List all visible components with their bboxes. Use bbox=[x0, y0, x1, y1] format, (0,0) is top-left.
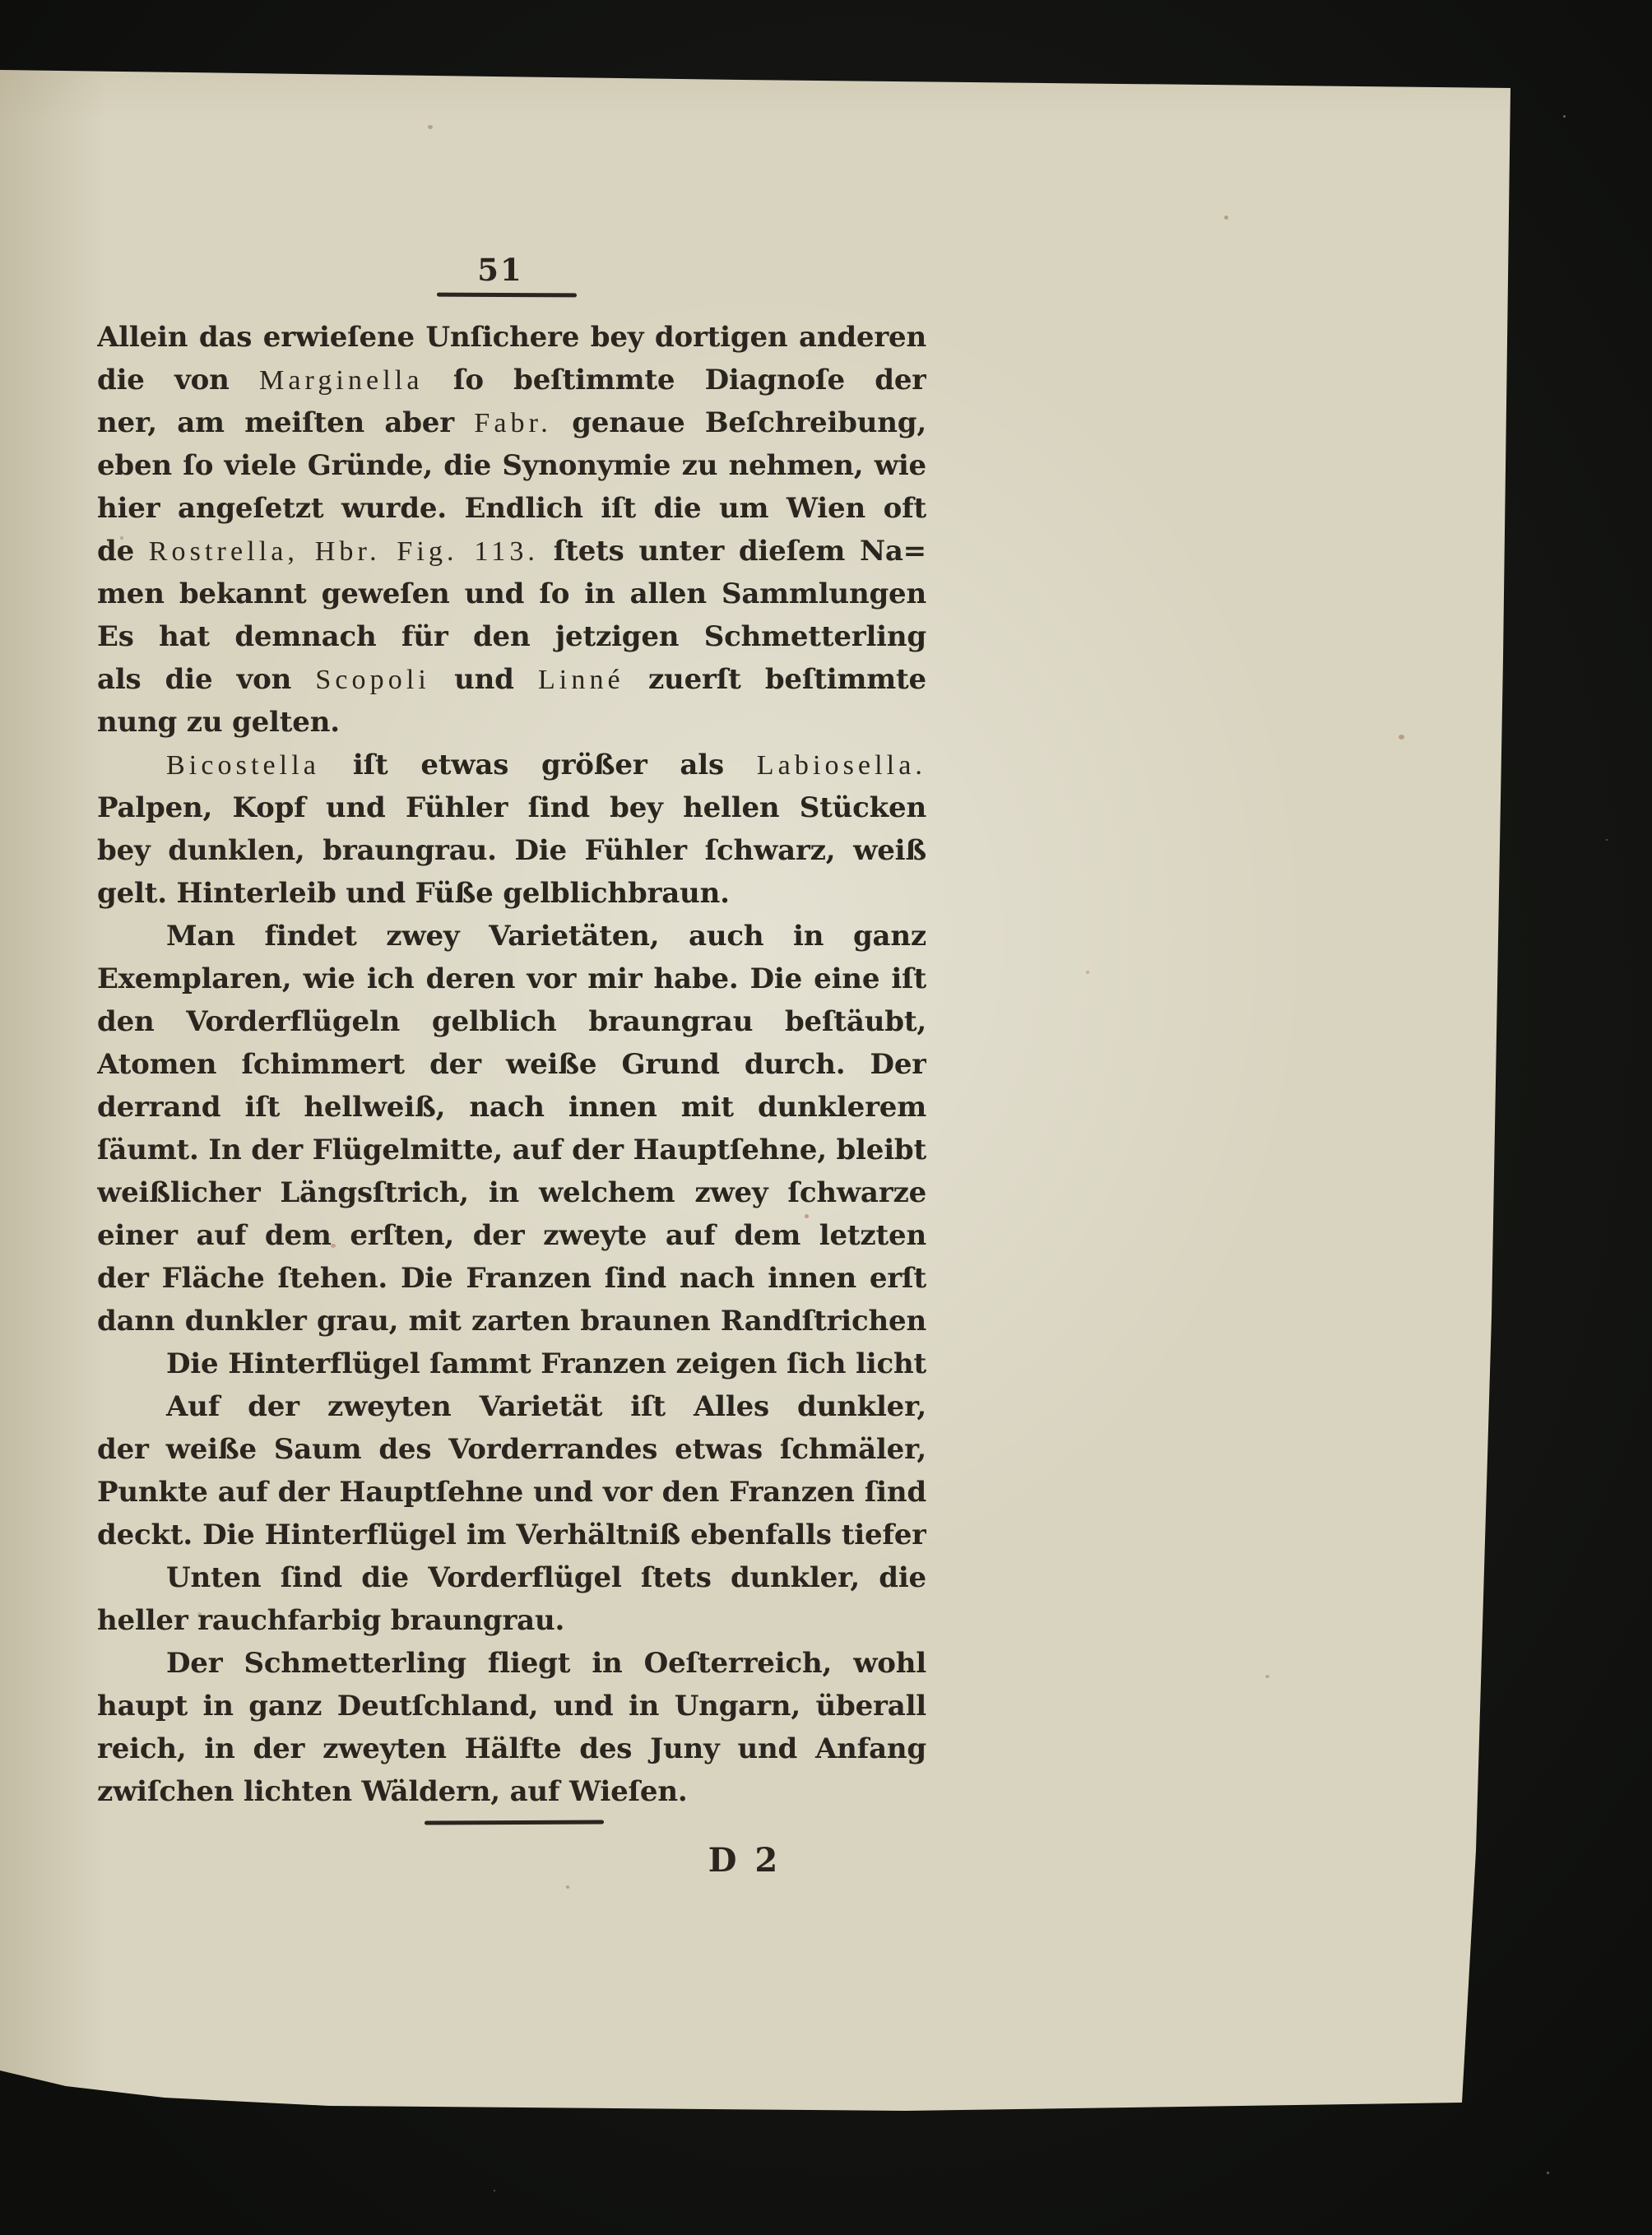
fraktur-text: als die von bbox=[97, 663, 315, 696]
fraktur-text: nung zu gelten. bbox=[97, 706, 340, 739]
foxing-speck bbox=[1399, 735, 1404, 740]
fraktur-text: deckt. Die Hinterflügel im Verhältniß eb… bbox=[97, 1519, 926, 1556]
text-line: Unten ſind die Vorderflügel ſtets dunkle… bbox=[97, 1556, 926, 1599]
fraktur-text: der weiße Saum des Vorderrandes etwas ſc… bbox=[97, 1433, 926, 1471]
fraktur-text: Palpen, Kopf und Fühler ſind bey hellen … bbox=[97, 791, 926, 829]
text-line: bey dunklen, braungrau. Die Fühler ſchwa… bbox=[97, 829, 926, 872]
fraktur-text: einer auf dem erſten, der zweyte auf dem… bbox=[97, 1219, 926, 1257]
antiqua-text: Labiosella. bbox=[757, 750, 926, 781]
foxing-speck bbox=[566, 1885, 569, 1889]
text-line: weißlicher Längsſtrich, in welchem zwey … bbox=[97, 1171, 926, 1214]
fraktur-text: iſt etwas größer als bbox=[320, 749, 757, 781]
fraktur-text: Es hat demnach für den jetzigen Schmette… bbox=[97, 620, 926, 658]
fraktur-text: den Vorderflügeln gelblich braungrau beſ… bbox=[97, 1005, 926, 1043]
text-line: ſäumt. In der Flügelmitte, auf der Haupt… bbox=[97, 1129, 926, 1171]
antiqua-text: Bicostella bbox=[166, 750, 320, 781]
text-line: de Rostrella, Hbr. Fig. 113. ſtets unter… bbox=[97, 530, 926, 573]
fraktur-text: ſäumt. In der Flügelmitte, auf der Haupt… bbox=[97, 1134, 926, 1171]
fraktur-text: die von bbox=[97, 364, 259, 396]
text-line: Man findet zwey Varietäten, auch in ganz… bbox=[97, 915, 926, 958]
foxing-speck bbox=[1265, 1675, 1269, 1678]
fraktur-text: Exemplaren, wie ich deren vor mir habe. … bbox=[97, 962, 926, 1000]
header-rule bbox=[437, 293, 577, 298]
text-line: Atomen ſchimmert der weiße Grund durch. … bbox=[97, 1043, 926, 1086]
separator-rule bbox=[425, 1820, 604, 1825]
book-page: 51 Allein das erwieſene Unſichere bey do… bbox=[0, 0, 1652, 2235]
text-line: Exemplaren, wie ich deren vor mir habe. … bbox=[97, 958, 926, 1000]
fraktur-text: hier angeſetzt wurde. Endlich iſt die um… bbox=[97, 492, 926, 530]
fraktur-text: heller rauchfarbig braungrau. bbox=[97, 1604, 564, 1637]
text-line: der Fläche ſtehen. Die Franzen ſind nach… bbox=[97, 1257, 926, 1300]
fraktur-text: ner, am meiſten aber bbox=[97, 406, 474, 439]
dust-speck bbox=[1547, 2172, 1549, 2174]
fraktur-text: Unten ſind die Vorderflügel ſtets dunkle… bbox=[97, 1561, 926, 1599]
text-line: hier angeſetzt wurde. Endlich iſt die um… bbox=[97, 487, 926, 530]
text-line: Der Schmetterling fliegt in Oeſterreich,… bbox=[97, 1642, 926, 1685]
fraktur-text: dann dunkler grau, mit zarten braunen Ra… bbox=[97, 1305, 926, 1342]
antiqua-text: Marginella bbox=[259, 365, 424, 396]
text-line: nung zu gelten. bbox=[97, 701, 926, 744]
text-line: derrand iſt hellweiß, nach innen mit dun… bbox=[97, 1086, 926, 1129]
fraktur-text: Atomen ſchimmert der weiße Grund durch. … bbox=[97, 1048, 926, 1086]
dust-speck bbox=[1606, 839, 1608, 841]
fraktur-text: und bbox=[430, 663, 538, 696]
text-line: zwiſchen lichten Wäldern, auf Wieſen. bbox=[97, 1770, 926, 1813]
text-line: Palpen, Kopf und Fühler ſind bey hellen … bbox=[97, 786, 926, 829]
fraktur-text: Auf der zweyten Varietät iſt Alles dunkl… bbox=[97, 1390, 926, 1428]
text-line: gelt. Hinterleib und Füße gelblichbraun. bbox=[97, 872, 926, 915]
fraktur-text: eben ſo viele Gründe, die Synonymie zu n… bbox=[97, 449, 926, 487]
antiqua-text: Scopoli bbox=[315, 665, 430, 695]
text-line: Es hat demnach für den jetzigen Schmette… bbox=[97, 615, 926, 658]
fraktur-text: zwiſchen lichten Wäldern, auf Wieſen. bbox=[97, 1775, 688, 1808]
fraktur-text: men bekannt geweſen und ſo in allen Samm… bbox=[97, 577, 926, 615]
fraktur-text: ſtets unter dieſem Na= bbox=[539, 535, 926, 568]
antiqua-text: Linné bbox=[538, 665, 624, 695]
fraktur-text: gelt. Hinterleib und Füße gelblichbraun. bbox=[97, 877, 730, 910]
text-line: heller rauchfarbig braungrau. bbox=[97, 1599, 926, 1642]
text-line: Allein das erwieſene Unſichere bey dorti… bbox=[97, 316, 926, 359]
fraktur-text: Der Schmetterling fliegt in Oeſterreich,… bbox=[97, 1647, 926, 1685]
text-line: als die von Scopoli und Linné zuerſt beſ… bbox=[97, 658, 926, 701]
text-line: Auf der zweyten Varietät iſt Alles dunkl… bbox=[97, 1385, 926, 1428]
text-line: einer auf dem erſten, der zweyte auf dem… bbox=[97, 1214, 926, 1257]
fraktur-text: haupt in ganz Deutſchland, und in Ungarn… bbox=[97, 1690, 926, 1727]
text-line: die von Marginella ſo beſtimmte Diagnoſe… bbox=[97, 359, 926, 401]
page-number: 51 bbox=[441, 252, 559, 291]
foxing-speck bbox=[1086, 971, 1089, 974]
text-line: der weiße Saum des Vorderrandes etwas ſc… bbox=[97, 1428, 926, 1471]
text-line: Punkte auf der Hauptſehne und vor den Fr… bbox=[97, 1471, 926, 1514]
scanner-background: 51 Allein das erwieſene Unſichere bey do… bbox=[0, 0, 1652, 2235]
text-line: Die Hinterflügel ſammt Franzen zeigen ſi… bbox=[97, 1342, 926, 1385]
text-line: haupt in ganz Deutſchland, und in Ungarn… bbox=[97, 1685, 926, 1727]
fraktur-text: Die Hinterflügel ſammt Franzen zeigen ſi… bbox=[97, 1347, 926, 1385]
fraktur-text: Allein das erwieſene Unſichere bey dorti… bbox=[97, 321, 926, 359]
signature-mark: D 2 bbox=[666, 1841, 823, 1880]
dust-speck bbox=[1563, 115, 1566, 118]
text-block: Allein das erwieſene Unſichere bey dorti… bbox=[97, 316, 926, 1813]
fraktur-text: der Fläche ſtehen. Die Franzen ſind nach… bbox=[97, 1262, 926, 1300]
antiqua-text: Fabr. bbox=[474, 408, 551, 438]
text-line: ner, am meiſten aber Fabr. genaue Beſchr… bbox=[97, 401, 926, 444]
fraktur-text: weißlicher Längsſtrich, in welchem zwey … bbox=[97, 1176, 926, 1214]
text-line: dann dunkler grau, mit zarten braunen Ra… bbox=[97, 1300, 926, 1342]
text-line: deckt. Die Hinterflügel im Verhältniß eb… bbox=[97, 1514, 926, 1556]
text-line: Bicostella iſt etwas größer als Labiosel… bbox=[97, 744, 926, 786]
foxing-speck bbox=[428, 125, 433, 129]
foxing-speck bbox=[1224, 216, 1228, 220]
fraktur-text: reich, in der zweyten Hälfte des Juny un… bbox=[97, 1732, 926, 1770]
text-line: eben ſo viele Gründe, die Synonymie zu n… bbox=[97, 444, 926, 487]
fraktur-text: de bbox=[97, 535, 149, 568]
text-line: men bekannt geweſen und ſo in allen Samm… bbox=[97, 573, 926, 615]
fraktur-text: Man findet zwey Varietäten, auch in ganz… bbox=[97, 920, 926, 958]
dust-speck bbox=[494, 2190, 495, 2191]
fraktur-text: derrand iſt hellweiß, nach innen mit dun… bbox=[97, 1091, 926, 1129]
fraktur-text: Punkte auf der Hauptſehne und vor den Fr… bbox=[97, 1476, 926, 1514]
text-line: den Vorderflügeln gelblich braungrau beſ… bbox=[97, 1000, 926, 1043]
fraktur-text: bey dunklen, braungrau. Die Fühler ſchwa… bbox=[97, 834, 926, 872]
text-line: reich, in der zweyten Hälfte des Juny un… bbox=[97, 1727, 926, 1770]
antiqua-text: Rostrella, Hbr. Fig. 113. bbox=[149, 536, 539, 567]
